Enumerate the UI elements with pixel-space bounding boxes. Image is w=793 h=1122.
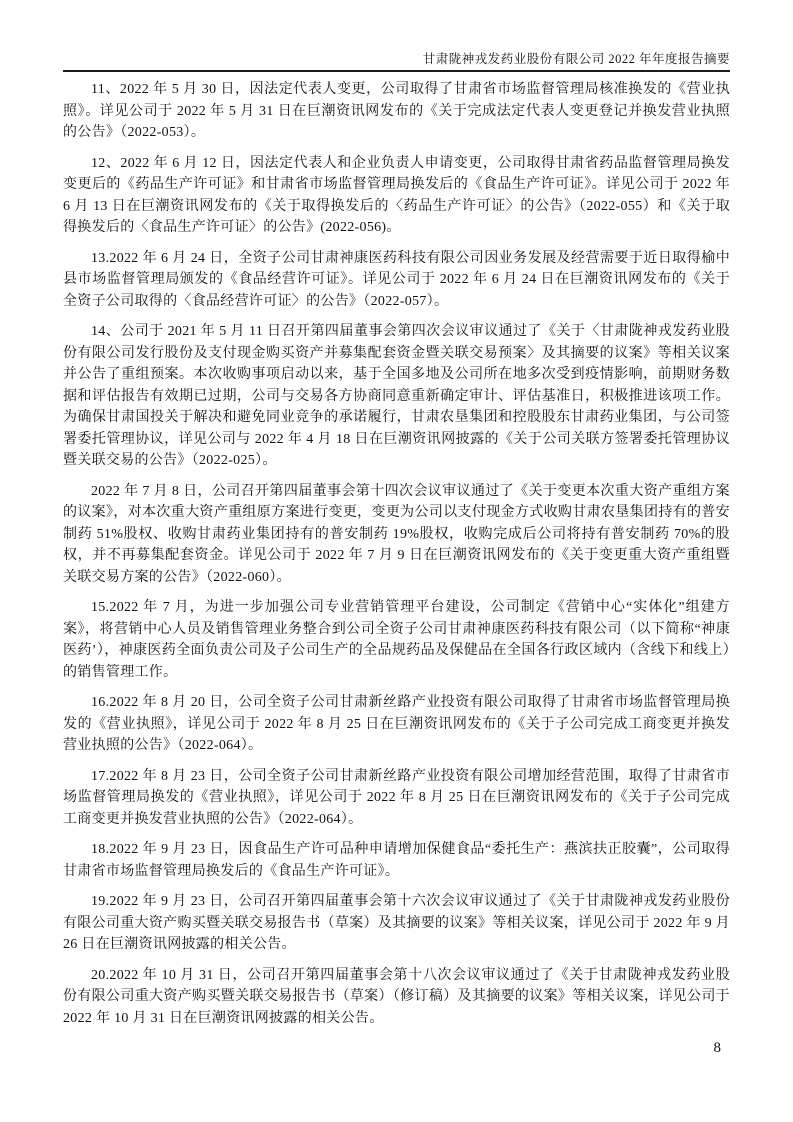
paragraph-item-13: 13.2022 年 6 月 24 日，全资子公司甘肃神康医药科技有限公司因业务发…	[63, 248, 730, 313]
paragraph-item-15: 15.2022 年 7 月，为进一步加强公司专业营销管理平台建设，公司制定《营销…	[63, 597, 730, 683]
paragraph-item-18: 18.2022 年 9 月 23 日，因食品生产许可品种申请增加保健食品“委托生…	[63, 839, 730, 882]
document-body: 11、2022 年 5 月 30 日，因法定代表人变更，公司取得了甘肃省市场监督…	[63, 79, 730, 1029]
report-header-title: 甘肃陇神戎发药业股份有限公司 2022 年年度报告摘要	[423, 52, 730, 66]
paragraph-item-19: 19.2022 年 9 月 23 日，公司召开第四届董事会第十六次会议审议通过了…	[63, 891, 730, 956]
paragraph-item-14: 14、公司于 2021 年 5 月 11 日召开第四届董事会第四次会议审议通过了…	[63, 321, 730, 472]
paragraph-item-20: 20.2022 年 10 月 31 日，公司召开第四届董事会第十八次会议审议通过…	[63, 965, 730, 1030]
paragraph-item-17: 17.2022 年 8 月 23 日，公司全资子公司甘肃新丝路产业投资有限公司增…	[63, 766, 730, 831]
paragraph-item-14-continued: 2022 年 7 月 8 日，公司召开第四届董事会第十四次会议审议通过了《关于变…	[63, 481, 730, 589]
paragraph-item-12: 12、2022 年 6 月 12 日，因法定代表人和企业负责人申请变更，公司取得…	[63, 153, 730, 239]
page-number: 8	[714, 1040, 722, 1056]
page-header: 甘肃陇神戎发药业股份有限公司 2022 年年度报告摘要	[63, 52, 730, 72]
paragraph-item-11: 11、2022 年 5 月 30 日，因法定代表人变更，公司取得了甘肃省市场监督…	[63, 79, 730, 144]
document-page: 甘肃陇神戎发药业股份有限公司 2022 年年度报告摘要 11、2022 年 5 …	[0, 0, 793, 1122]
paragraph-item-16: 16.2022 年 8 月 20 日，公司全资子公司甘肃新丝路产业投资有限公司取…	[63, 692, 730, 757]
page-footer: 8	[714, 1040, 722, 1056]
